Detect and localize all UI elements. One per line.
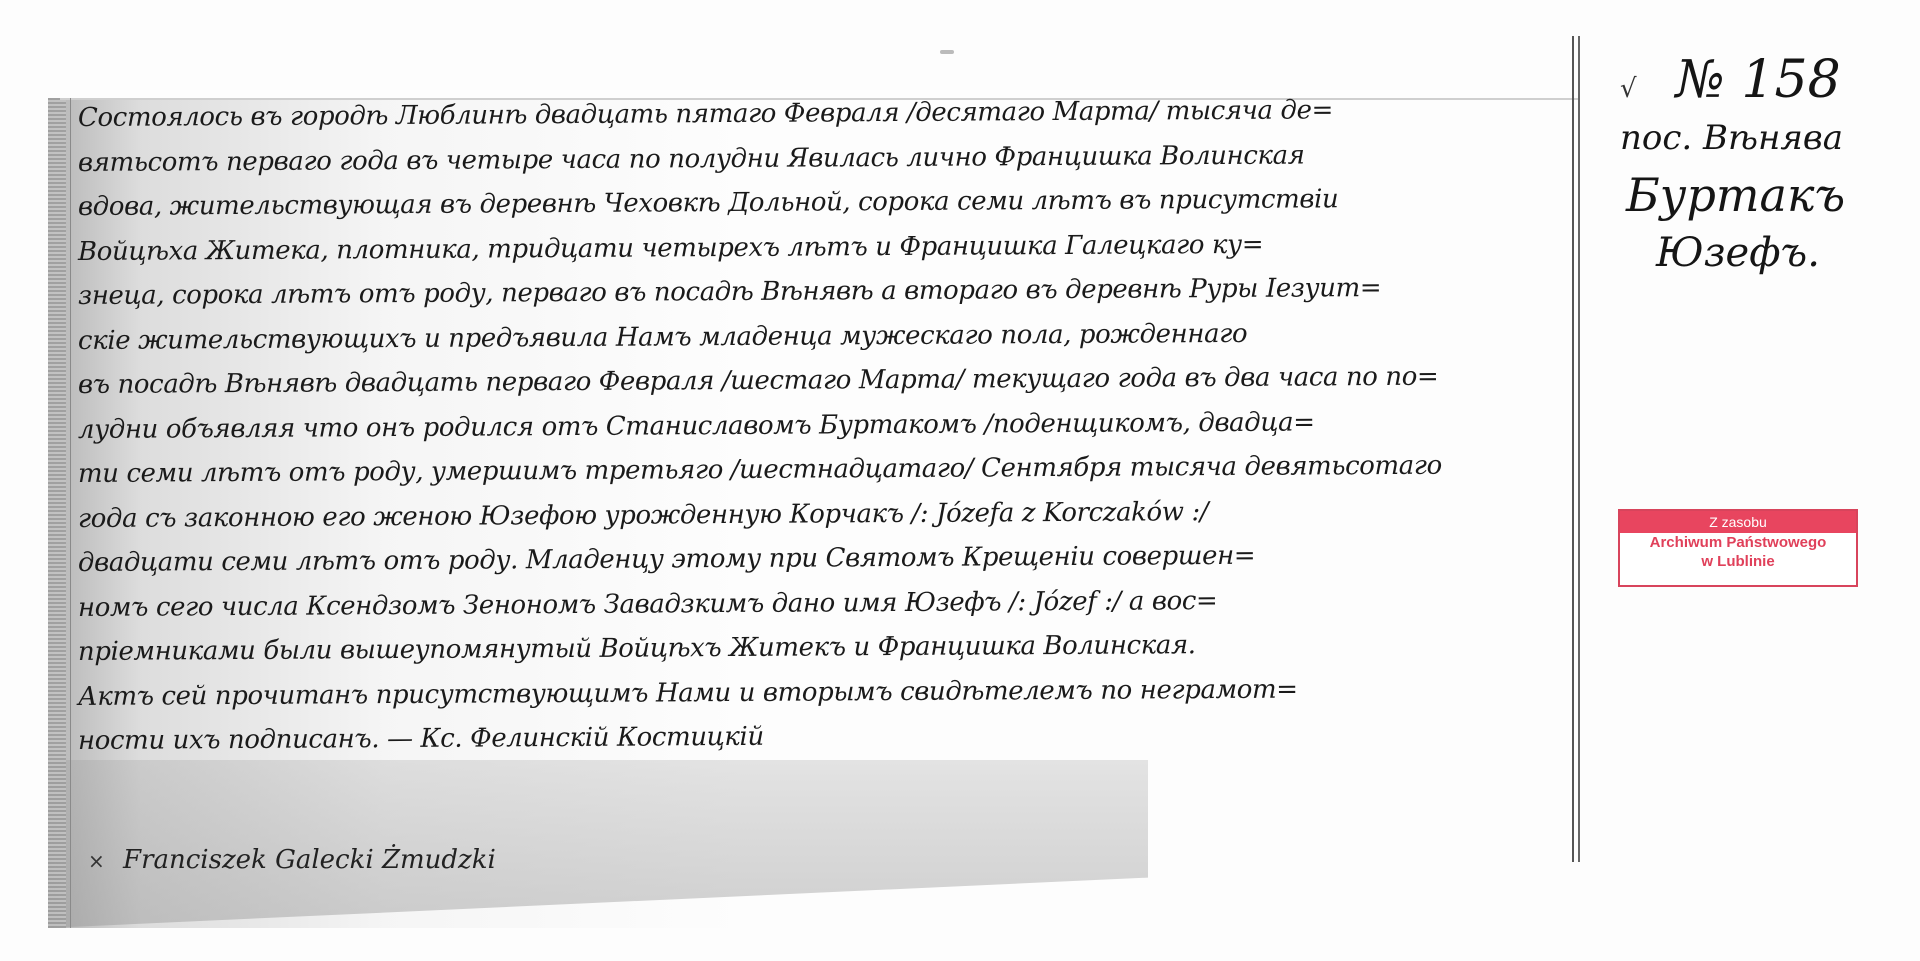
record-number-row: √ № 158 [1620, 48, 1920, 112]
record-number: № 158 [1676, 50, 1841, 110]
margin-given-name: Юзефъ. [1656, 226, 1920, 280]
record-body: Состоялось въ городѣ Люблинѣ двадцать пя… [78, 96, 1578, 764]
stamp-city: w Lublinie [1620, 552, 1856, 571]
margin-locality: пос. Вѣнява [1620, 112, 1920, 164]
margin-surname: Буртакъ [1626, 164, 1920, 226]
left-margin-rule [70, 98, 71, 928]
scan-artifact [940, 50, 954, 54]
signature-names: Franciszek Galecki Żmudzki [123, 845, 496, 875]
check-mark-icon: √ [1620, 74, 1637, 104]
stamp-archive-name: Archiwum Państwowego [1620, 533, 1856, 552]
margin-annotation: √ № 158 пос. Вѣнява Буртакъ Юзефъ. [1620, 48, 1920, 280]
stamp-header: Z zasobu [1620, 511, 1856, 533]
paper-left-edge [48, 98, 66, 928]
margin-double-rule [1572, 36, 1580, 862]
record-line: ности ихъ подписанъ. — Кс. Фелинскій Кос… [78, 710, 1578, 764]
archive-stamp: Z zasobu Archiwum Państwowego w Lublinie [1618, 509, 1858, 587]
signature-line: × Franciszek Galecki Żmudzki [88, 838, 988, 882]
scanned-document-page: Состоялось въ городѣ Люблинѣ двадцать пя… [0, 0, 1920, 961]
cross-mark: × [88, 849, 105, 873]
witness-signatures: × Franciszek Galecki Żmudzki [88, 838, 988, 882]
